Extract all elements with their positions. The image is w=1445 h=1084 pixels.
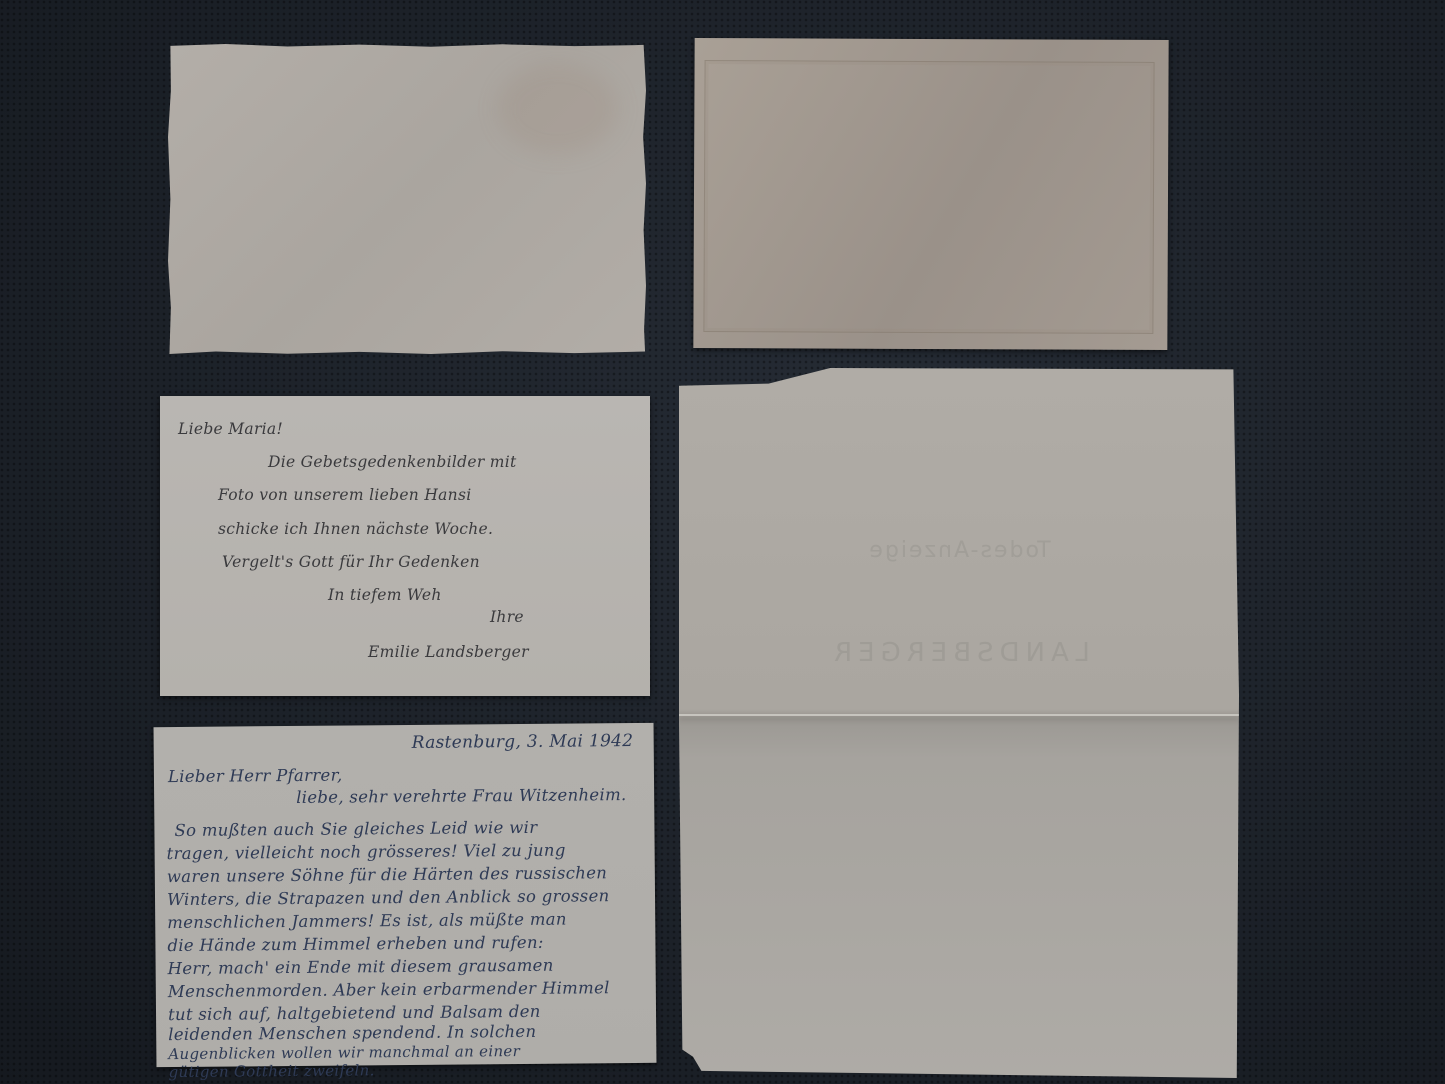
- bleed-through-heading: Todes-Anzeige: [679, 538, 1239, 563]
- torn-edge: [679, 376, 774, 380]
- bleed-through-name: LANDSBERGER: [679, 638, 1239, 668]
- note-line: Vergelt's Gott für Ihr Gedenken: [222, 553, 480, 571]
- signature: Emilie Landsberger: [368, 643, 529, 661]
- note-line: schicke ich Ihnen nächste Woche.: [218, 520, 493, 538]
- letter-line: Menschenmorden. Aber kein erbarmender Hi…: [168, 978, 610, 1001]
- letter-line: gütigen Gottheit zweifeln.: [168, 1061, 374, 1081]
- letter-line: waren unsere Söhne für die Härten des ru…: [167, 863, 608, 886]
- closing-ihre: Ihre: [490, 608, 524, 626]
- letter-line: Augenblicken wollen wir manchmal an eine…: [168, 1042, 520, 1063]
- card-top-left: [168, 44, 646, 354]
- letter-line: tut sich auf, haltgebietend und Balsam d…: [168, 1002, 541, 1024]
- card-middle-left-note: Liebe Maria! Die Gebetsgedenkenbilder mi…: [160, 396, 650, 696]
- letter-line: menschlichen Jammers! Es ist, als müßte …: [167, 910, 567, 932]
- fold-crease: [679, 714, 1239, 716]
- salutation: Liebe Maria!: [178, 420, 283, 438]
- stain: [498, 64, 618, 154]
- letter-line: tragen, vielleicht noch grösseres! Viel …: [167, 841, 566, 863]
- letter-line: Lieber Herr Pfarrer,: [168, 766, 343, 787]
- card-top-right: [693, 38, 1168, 350]
- letter-line: So mußten auch Sie gleiches Leid wie wir: [174, 818, 537, 840]
- closing: In tiefem Weh: [328, 586, 442, 604]
- letter-line: leidenden Menschen spendend. In solchen: [168, 1022, 536, 1044]
- letter-line: Herr, mach' ein Ende mit diesem grausame…: [168, 956, 554, 978]
- letter-line: liebe, sehr verehrte Frau Witzenheim.: [296, 785, 627, 807]
- letter-line: Winters, die Strapazen und den Anblick s…: [167, 886, 610, 909]
- folded-sheet-right: Todes-Anzeige LANDSBERGER: [679, 368, 1239, 1078]
- letter-line: die Hände zum Himmel erheben und rufen:: [167, 933, 543, 955]
- place-date: Rastenburg, 3. Mai 1942: [412, 731, 634, 753]
- note-line: Foto von unserem lieben Hansi: [218, 486, 471, 504]
- printed-border-frame: [703, 60, 1154, 334]
- card-bottom-left-letter: Rastenburg, 3. Mai 1942 Lieber Herr Pfar…: [154, 723, 657, 1067]
- note-line: Die Gebetsgedenkenbilder mit: [268, 453, 517, 471]
